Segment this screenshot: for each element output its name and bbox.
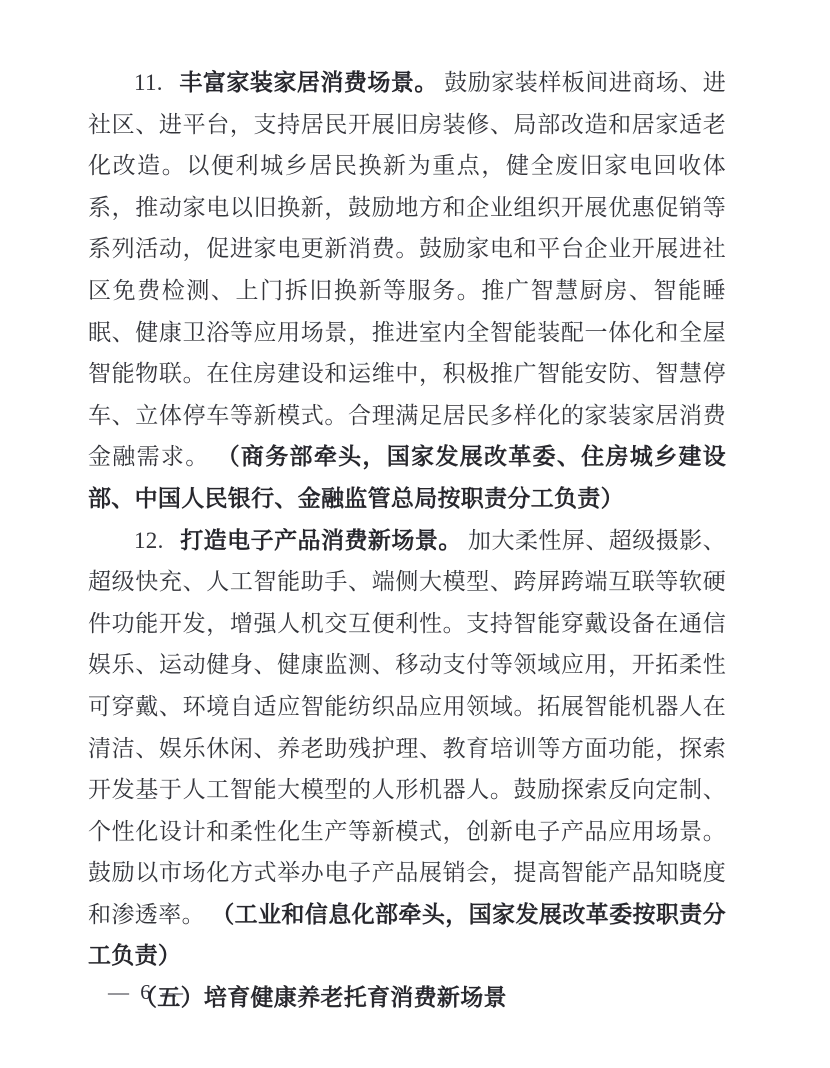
document-page: 11. 丰富家装家居消费场景。 鼓励家装样板间进商场、进社区、进平台，支持居民开… [0,0,830,1068]
paragraph-12-number: 12. [134,528,164,553]
paragraph-12-body: 加大柔性屏、超级摄影、超级快充、人工智能助手、端侧大模型、跨屏跨端互联等软硬件功… [88,528,726,927]
paragraph-11-number: 11. [134,70,163,95]
page-number: — 6 — [108,980,186,1005]
paragraph-11-body: 鼓励家装样板间进商场、进社区、进平台，支持居民开展旧房装修、局部改造和居家适老化… [88,70,726,469]
paragraph-11-title: 丰富家装家居消费场景。 [179,70,438,95]
paragraph-12-title: 打造电子产品消费新场景。 [180,528,462,553]
document-body: 11. 丰富家装家居消费场景。 鼓励家装样板间进商场、进社区、进平台，支持居民开… [88,62,726,1019]
paragraph-11: 11. 丰富家装家居消费场景。 鼓励家装样板间进商场、进社区、进平台，支持居民开… [88,62,726,520]
paragraph-12: 12. 打造电子产品消费新场景。 加大柔性屏、超级摄影、超级快充、人工智能助手、… [88,520,726,978]
